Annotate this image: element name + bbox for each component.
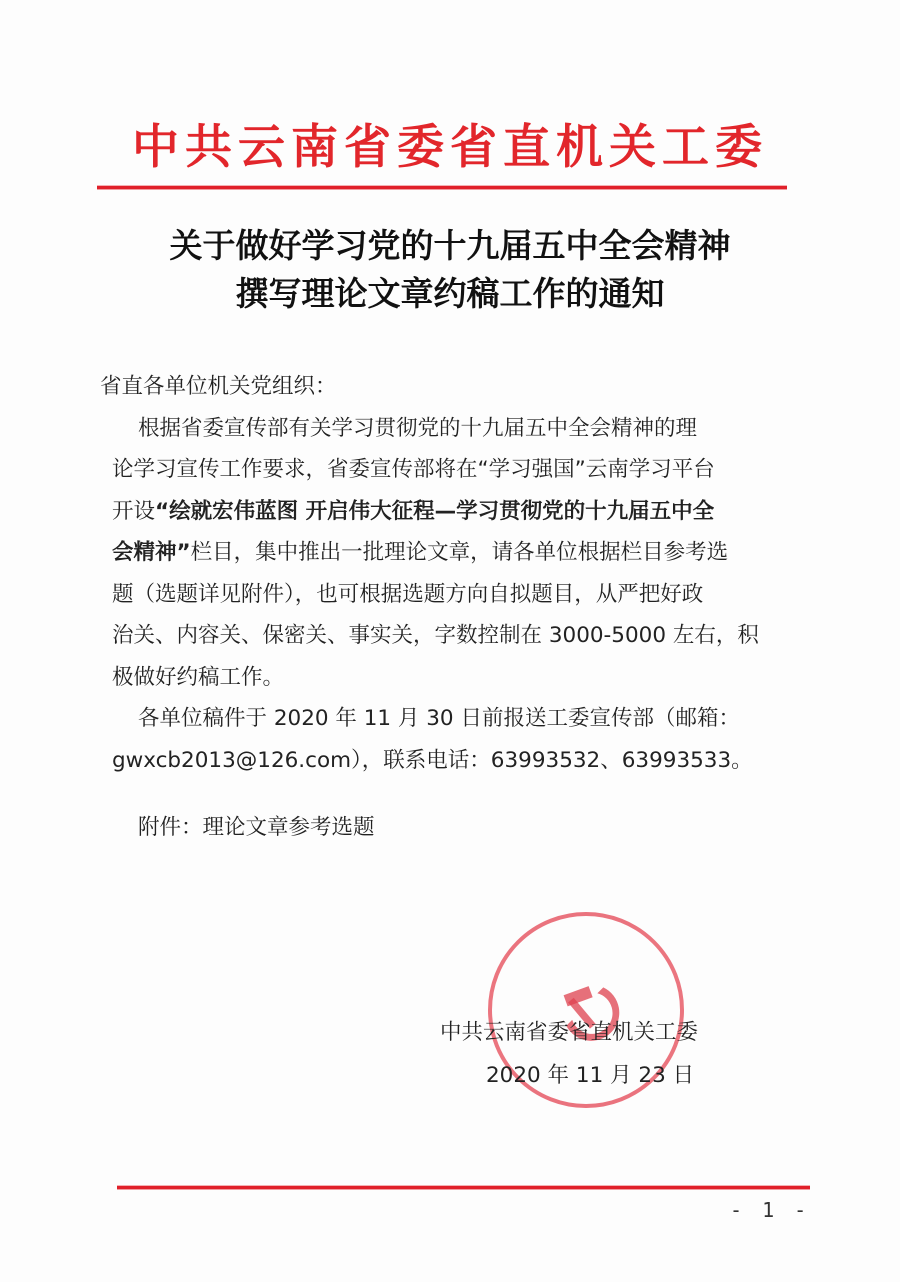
para1-line4-rest: 栏目，集中推出一批理论文章，请各单位根据栏目参考选 — [191, 540, 729, 565]
para1-line5: 题（选题详见附件），也可根据选题方向自拟题目，从严把好政 — [112, 574, 790, 616]
title-line-1: 关于做好学习党的十九届五中全会精神 — [100, 222, 800, 270]
document-body: 省直各单位机关党组织： 根据省委宣传部有关学习贯彻党的十九届五中全会精神的理 论… — [112, 366, 790, 849]
salutation: 省直各单位机关党组织： — [100, 366, 790, 408]
para1-line3-prefix: 开设 — [112, 499, 155, 524]
footer-red-rule — [117, 1186, 810, 1189]
issuing-organization-header: 中共云南省委省直机关工委 — [100, 118, 800, 178]
para2-line2: gwxcb2013@126.com），联系电话：63993532、6399353… — [112, 740, 790, 782]
para1-line2: 论学习宣传工作要求，省委宣传部将在“学习强国”云南学习平台 — [112, 449, 790, 491]
para2-line1: 各单位稿件于 2020 年 11 月 30 日前报送工委宣传部（邮箱： — [112, 698, 790, 740]
para1-line6: 治关、内容关、保密关、事实关，字数控制在 3000-5000 左右，积 — [112, 615, 790, 657]
para1-line7: 极做好约稿工作。 — [112, 657, 790, 699]
header-red-rule — [97, 186, 787, 189]
para1-line1: 根据省委宣传部有关学习贯彻党的十九届五中全会精神的理 — [112, 408, 790, 450]
document-title: 关于做好学习党的十九届五中全会精神 撰写理论文章约稿工作的通知 — [100, 222, 800, 318]
signature-date: 2020 年 11 月 23 日 — [486, 1058, 786, 1089]
column-name-part1: “绘就宏伟蓝图 开启伟大征程—学习贯彻党的十九届五中全 — [155, 499, 714, 524]
signature-organization: 中共云南省委省直机关工委 — [440, 1015, 740, 1046]
para1-line4: 会精神”栏目，集中推出一批理论文章，请各单位根据栏目参考选 — [112, 532, 790, 574]
attachment-note: 附件：理论文章参考选题 — [112, 807, 790, 849]
title-line-2: 撰写理论文章约稿工作的通知 — [100, 270, 800, 318]
column-name-part2: 会精神” — [112, 540, 191, 565]
para1-line3: 开设“绘就宏伟蓝图 开启伟大征程—学习贯彻党的十九届五中全 — [112, 491, 790, 533]
document-page: 中共云南省委省直机关工委 关于做好学习党的十九届五中全会精神 撰写理论文章约稿工… — [0, 0, 900, 1282]
page-number: - 1 - — [730, 1198, 810, 1222]
